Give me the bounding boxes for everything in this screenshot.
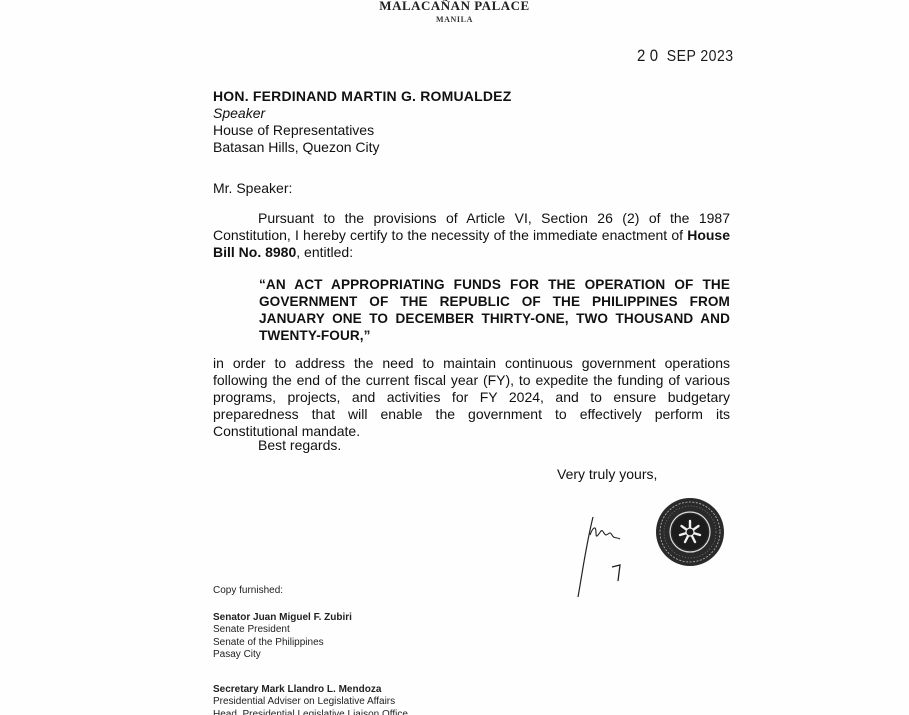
date-month-year: SEP 2023 [667, 48, 734, 65]
addressee-title: Speaker [213, 105, 511, 122]
body-paragraph-2: in order to address the need to maintain… [213, 355, 730, 440]
body-paragraph-1: Pursuant to the provisions of Article VI… [213, 210, 730, 261]
closing: Best regards. [258, 437, 341, 453]
cc-recipient: Senator Juan Miguel F. Zubiri Senate Pre… [213, 612, 352, 661]
para1-text-end: , entitled: [296, 244, 353, 260]
cc-recipient-name: Secretary Mark Llandro L. Mendoza [213, 684, 408, 696]
letter-page: MALACAÑAN PALACE MANILA 20 SEP 2023 HON.… [0, 0, 909, 715]
signature-icon [560, 505, 660, 605]
date-day: 20 [637, 46, 662, 65]
seal-icon [655, 497, 725, 567]
cc-recipient-line: Senate of the Philippines [213, 637, 352, 649]
bill-title: “AN ACT APPROPRIATING FUNDS FOR THE OPER… [259, 276, 730, 344]
copy-furnished-label: Copy furnished: [213, 585, 283, 596]
addressee-block: HON. FERDINAND MARTIN G. ROMUALDEZ Speak… [213, 88, 511, 156]
date-stamp: 20 SEP 2023 [637, 46, 733, 66]
letterhead: MALACAÑAN PALACE MANILA [0, 0, 909, 25]
salutation: Mr. Speaker: [213, 180, 292, 196]
letterhead-subtitle: MANILA [0, 15, 909, 25]
valediction: Very truly yours, [557, 466, 657, 482]
cc-recipient-line: Senate President [213, 624, 352, 636]
cc-recipient-line: Presidential Adviser on Legislative Affa… [213, 696, 408, 708]
addressee-name: HON. FERDINAND MARTIN G. ROMUALDEZ [213, 88, 511, 105]
cc-recipient-line: Pasay City [213, 649, 352, 661]
cc-recipient-line: Head, Presidential Legislative Liaison O… [213, 709, 408, 715]
addressee-line: House of Representatives [213, 122, 511, 139]
letterhead-title: MALACAÑAN PALACE [0, 0, 909, 14]
cc-recipient-name: Senator Juan Miguel F. Zubiri [213, 612, 352, 624]
addressee-line: Batasan Hills, Quezon City [213, 139, 511, 156]
para1-text: Pursuant to the provisions of Article VI… [213, 210, 730, 243]
cc-recipient: Secretary Mark Llandro L. Mendoza Presid… [213, 684, 408, 715]
